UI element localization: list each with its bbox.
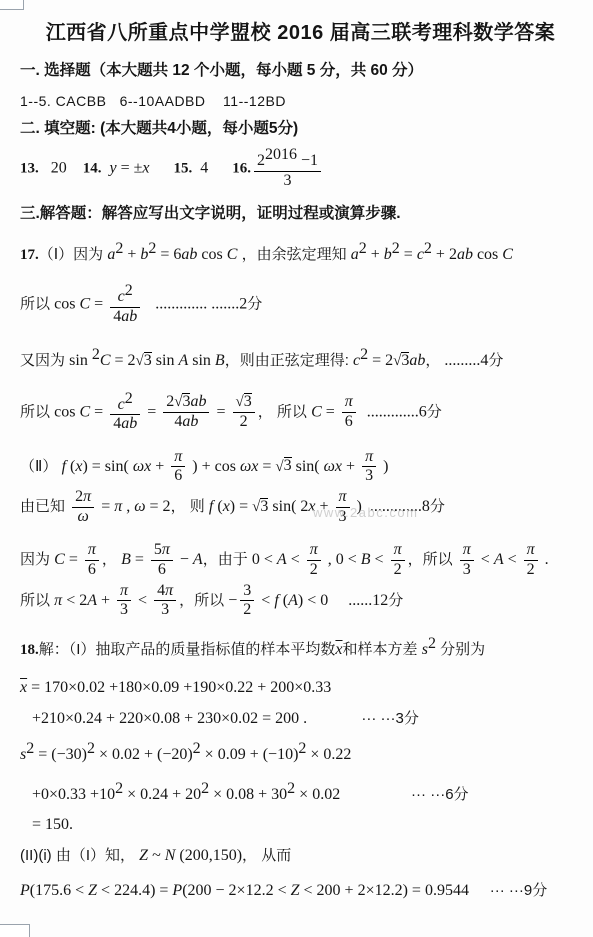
math-text: ， 则 (171, 498, 209, 515)
math-text: sin( 2 (268, 498, 308, 515)
math-text: a (351, 246, 359, 263)
math-text: 2 (193, 740, 201, 757)
math-text: x (142, 160, 149, 177)
q17-step-1: 17.（Ⅰ）因为 a2 + b2 = 6ab cos C ，由余弦定理知 a2 … (20, 241, 581, 266)
q17-step-5: （Ⅱ） f (x) = sin( ωx + π6 ) + cos ωx = √3… (20, 448, 581, 486)
math-text: ω (134, 498, 145, 515)
sqrt-radical: √3 (252, 498, 268, 515)
fraction: π6 (342, 393, 356, 431)
superscript: 2 (287, 785, 295, 796)
math-text: ~ (148, 847, 165, 864)
math-text: 18. (20, 642, 39, 658)
superscript: 2 (125, 395, 133, 406)
math-text: B (361, 551, 371, 568)
math-text: ) + cos (188, 457, 240, 474)
math-text: C (54, 551, 65, 568)
math-text: < 200 + 2×12.2) = 0.9544 (300, 882, 469, 899)
sqrt-radical: √3 (174, 393, 190, 410)
math-text: = (143, 403, 160, 420)
math-text: = 170×0.02 +180×0.09 +190×0.22 + 200×0.3… (27, 679, 331, 696)
math-text: π (174, 448, 182, 465)
q17-step-2: 所以 cos C = c24ab ............. .......2分 (20, 283, 581, 326)
math-text: 17. (20, 247, 39, 263)
math-text: 4 (192, 160, 232, 177)
fraction: c24ab (110, 283, 140, 326)
math-text: 15. (174, 161, 193, 177)
math-text: 又因为 (20, 352, 69, 369)
math-text: sin( (292, 457, 324, 474)
math-text: 3 (144, 352, 152, 369)
math-text: = (400, 246, 417, 263)
q18-step-6: = 150. (20, 815, 581, 836)
math-text: − (176, 551, 193, 568)
math-text: C (80, 296, 91, 313)
superscript: 2 (115, 785, 123, 796)
math-text: A (277, 551, 287, 568)
math-text: ab (457, 246, 473, 263)
math-text: = (97, 498, 114, 515)
math-text: < 2 (62, 592, 87, 609)
math-text: = (131, 551, 148, 568)
math-text: 2 (392, 240, 400, 257)
math-text: A (288, 592, 298, 609)
math-text: P (172, 882, 182, 899)
math-text: = 2 (146, 498, 171, 515)
document-page: 江西省八所重点中学盟校 2016 届高三联考理科数学答案 一. 选择题（本大题共… (0, 0, 593, 902)
math-text: cos (473, 246, 502, 263)
math-text (150, 160, 174, 177)
math-text: 14. (83, 161, 102, 177)
math-text: N (165, 847, 176, 864)
math-text: 0 < (252, 551, 277, 568)
math-text: < (371, 551, 388, 568)
math-text: 3 (120, 601, 128, 618)
superscript: 2 (125, 287, 133, 298)
math-text: 2016 (265, 146, 297, 163)
math-text: 所以 (20, 592, 54, 609)
math-text: 2 (75, 488, 83, 505)
superscript: 2 (193, 745, 201, 756)
math-text: 由已知 (20, 498, 69, 515)
fill-answers: 13. 20 14. y = ±x 15. 4 16.22016 −13 (20, 147, 581, 190)
math-text: < (477, 551, 494, 568)
math-text: ab (121, 415, 137, 432)
q18-step-3: +210×0.24 + 220×0.08 + 230×0.02 = 200 . … (20, 709, 581, 730)
math-text: 2 (125, 282, 133, 299)
fraction: 2√3ab4ab (163, 393, 209, 431)
math-text: 2 (92, 346, 100, 363)
math-text: Z (291, 882, 300, 899)
math-text: 解：（I）抽取产品的质量指标值的样本平均数 (39, 641, 336, 658)
math-text: π (310, 541, 318, 558)
math-text: × 0.02 + (−20) (95, 746, 193, 763)
q17-step-8: 所以 π < 2A + π3 < 4π3，所以 −32 < f (A) < 0 … (20, 582, 581, 620)
fraction: π6 (85, 541, 99, 579)
math-text: c (417, 246, 424, 263)
math-text: , 0 < (324, 551, 361, 568)
math-text: 6 (158, 561, 166, 578)
math-text: 3 (243, 582, 251, 599)
math-text: 所以 (20, 403, 54, 420)
math-text: 2 (359, 240, 367, 257)
math-text: ab (181, 246, 197, 263)
math-text: , (122, 498, 134, 515)
fraction: π2 (307, 541, 321, 579)
q18-step-8: P(175.6 < Z < 224.4) = P(200 − 2×12.2 < … (20, 881, 581, 902)
math-text: ··· ···6分 (340, 786, 468, 803)
math-text: < (134, 592, 151, 609)
math-text: 所以 (20, 296, 54, 313)
math-text: A (494, 551, 504, 568)
math-text: ωx (240, 457, 258, 474)
math-text: π (88, 541, 96, 558)
math-text: + (367, 246, 384, 263)
q17-step-3: 又因为 sin 2C = 2√3 sin A sin B，则由正弦定理得: c2… (20, 347, 581, 372)
math-text: .............6 (359, 403, 427, 420)
fraction: c24ab (110, 391, 140, 434)
math-text: 2 (115, 780, 123, 797)
math-text: π (345, 393, 353, 410)
math-text: 6 (174, 467, 182, 484)
math-text: = (−30) (34, 746, 87, 763)
fraction: π6 (171, 448, 185, 486)
math-text: ωx (324, 457, 342, 474)
math-text: ， 从而 (242, 847, 291, 864)
math-text: +0×0.33 +10 (20, 786, 115, 803)
watermark: www.2abc.com (313, 505, 418, 520)
math-text: 3 (284, 172, 292, 189)
math-text: 4 (113, 415, 121, 432)
math-text: 16. (232, 161, 251, 177)
math-text: cos (54, 403, 79, 420)
math-text: < (257, 592, 274, 609)
math-text: ··· ···9分 (469, 882, 547, 899)
math-text: ，所以 (179, 592, 228, 609)
math-text: = ± (117, 160, 143, 177)
math-text: π (165, 582, 173, 599)
superscript: 2016 (265, 151, 297, 162)
math-text: ，由于 (203, 551, 252, 568)
math-text: 2 (394, 561, 402, 578)
fraction: π2 (391, 541, 405, 579)
sqrt-radical: √3 (136, 352, 152, 369)
math-text: 因为 (20, 551, 54, 568)
math-text: 3 (161, 601, 169, 618)
math-text: = (212, 403, 229, 420)
math-text: −1 (297, 152, 318, 169)
math-text: 13. (20, 161, 39, 177)
math-text: × 0.24 + 20 (123, 786, 201, 803)
math-text: (200 − 2×12.2 < (182, 882, 290, 899)
math-text: 2 (257, 152, 265, 169)
superscript: 2 (359, 245, 367, 256)
math-text: = (90, 403, 107, 420)
math-text: （Ⅱ） (20, 457, 62, 474)
math-text: 3 (284, 457, 292, 474)
math-text: π (120, 582, 128, 599)
section-solve-header: 三.解答题：解答应写出文字说明，证明过程或演算步骤. (20, 204, 581, 224)
math-text: ............. .......2 (143, 296, 247, 313)
math-text: +210×0.24 + 220×0.08 + 230×0.02 = 200 . (20, 710, 307, 727)
math-text: y (110, 160, 117, 177)
math-text: = (65, 551, 82, 568)
fraction: π3 (460, 541, 474, 579)
math-text: Z (88, 882, 97, 899)
math-text: c (118, 288, 125, 305)
math-text: < (504, 551, 521, 568)
math-text: π (339, 488, 347, 505)
section-choice-header: 一. 选择题（本大题共 12 个小题，每小题 5 分，共 60 分） (20, 61, 581, 81)
fraction: π2 (524, 541, 538, 579)
superscript: 2 (392, 245, 400, 256)
math-text: π (83, 488, 91, 505)
superscript: 2 (87, 745, 95, 756)
math-text: ab (409, 352, 425, 369)
sqrt-radical: √3 (275, 457, 291, 474)
fraction: 4π3 (154, 582, 176, 620)
math-text: 3 (244, 393, 252, 410)
math-text: ( (66, 457, 75, 474)
overline-var: x (335, 641, 342, 658)
math-text: sin (69, 352, 92, 369)
math-text: + (97, 592, 114, 609)
math-text: 2 (201, 780, 209, 797)
superscript: 2 (360, 351, 368, 362)
superscript: 2 (92, 351, 100, 362)
math-text: ab (121, 308, 137, 325)
superscript: 2 (428, 640, 436, 651)
math-text: ab (190, 393, 206, 410)
math-text: π (527, 541, 535, 558)
math-text: B (215, 352, 225, 369)
math-text: 4 (157, 582, 165, 599)
math-text: C (502, 246, 513, 263)
math-text: A (178, 352, 188, 369)
page-title: 江西省八所重点中学盟校 2016 届高三联考理科数学答案 (20, 16, 581, 45)
sqrt-radical: √3 (393, 352, 409, 369)
math-text: 分 (488, 352, 503, 369)
math-text: 2 (310, 561, 318, 578)
math-text: C (311, 403, 322, 420)
section-fill-header: 二. 填空题: (本大题共4小题，每小题5分) (20, 119, 581, 139)
math-text: 20 (39, 160, 83, 177)
math-text: 2 (527, 561, 535, 578)
q18-step-5: +0×0.33 +102 × 0.24 + 202 × 0.08 + 302 ×… (20, 781, 581, 806)
math-text: × 0.08 + 30 (209, 786, 287, 803)
math-text: = (90, 296, 107, 313)
math-text: = (258, 457, 275, 474)
math-text: B (121, 551, 131, 568)
math-text: 5 (154, 541, 162, 558)
math-text: = 6 (156, 246, 181, 263)
math-text: 和样本方差 (343, 641, 422, 658)
math-text: ωx (133, 457, 151, 474)
superscript: 2 (201, 785, 209, 796)
math-text (102, 160, 110, 177)
math-text: sin (188, 352, 215, 369)
math-text: 2 (125, 390, 133, 407)
fraction: 32 (240, 582, 254, 620)
fraction: 22016 −13 (254, 147, 321, 190)
fraction: π3 (117, 582, 131, 620)
math-text: π (394, 541, 402, 558)
math-text: cos (197, 246, 226, 263)
scan-artifact-top-left (0, 0, 24, 10)
math-text: × 0.02 (295, 786, 340, 803)
math-text: 分 (247, 296, 262, 313)
math-text: < (287, 551, 304, 568)
sqrt-radical: √3 (236, 393, 252, 410)
math-text: ，由余弦定理知 (237, 246, 350, 263)
math-text: . (541, 551, 549, 568)
math-text: + (123, 246, 140, 263)
math-text: ，则由正弦定理得: (225, 352, 353, 369)
math-text: + (151, 457, 168, 474)
math-text: 分 (430, 498, 445, 515)
math-text: + (342, 457, 359, 474)
math-text: ， (102, 551, 121, 568)
math-text: C (80, 403, 91, 420)
math-text: π (463, 541, 471, 558)
math-text: (II)(i) 由（I）知， (20, 847, 139, 864)
math-text: (200,150) (175, 847, 242, 864)
math-text: ，所以 (408, 551, 457, 568)
math-text: ) = (230, 498, 252, 515)
math-text: 2 (424, 240, 432, 257)
math-text: 分 (427, 403, 442, 420)
q18-step-7: (II)(i) 由（I）知， Z ~ N (200,150)， 从而 (20, 846, 581, 867)
math-text: A (193, 551, 203, 568)
math-text: 2 (240, 413, 248, 430)
math-text: π (365, 448, 373, 465)
math-text: 2 (287, 780, 295, 797)
math-text: = 150. (20, 816, 73, 833)
math-text: C (100, 352, 111, 369)
scan-artifact-bottom-left (0, 924, 30, 937)
math-text: = (322, 403, 339, 420)
math-text: 6 (88, 561, 96, 578)
math-text: ab (182, 413, 198, 430)
math-text: （Ⅰ）因为 (39, 246, 108, 263)
q17-step-7: 因为 C = π6， B = 5π6 − A，由于 0 < A < π2 , 0… (20, 541, 581, 579)
fraction: 5π6 (151, 541, 173, 579)
math-text: ) < 0 ......12 (298, 592, 388, 609)
math-text: C (227, 246, 238, 263)
fraction: π3 (362, 448, 376, 486)
q18-step-2: x = 170×0.02 +180×0.09 +190×0.22 + 200×0… (20, 678, 581, 699)
math-text: c (118, 396, 125, 413)
math-text: 2 (360, 346, 368, 363)
q18-step-1: 18.解：（I）抽取产品的质量指标值的样本平均数x和样本方差 s2 分别为 (20, 636, 581, 661)
math-text: sin (152, 352, 179, 369)
math-text: x (335, 641, 342, 658)
choice-answers: 1--5. CACBB 6--10AADBD 11--12BD (20, 92, 581, 110)
math-text: ， (425, 352, 440, 369)
math-text: Z (139, 847, 148, 864)
q18-step-4: s2 = (−30)2 × 0.02 + (−20)2 × 0.09 + (−1… (20, 741, 581, 766)
math-text: + 2 (432, 246, 457, 263)
math-text: cos (54, 296, 79, 313)
math-text: × 0.22 (306, 746, 351, 763)
math-text: P (20, 882, 30, 899)
math-text: π (162, 541, 170, 558)
math-text: b (384, 246, 392, 263)
math-text: 分 (388, 592, 403, 609)
fraction: 2πω (72, 488, 94, 526)
q17-step-6: 由已知 2πω = π , ω = 2， 则 f (x) = √3 sin( 2… (20, 488, 581, 526)
math-text: 4 (113, 308, 121, 325)
math-text: .........4 (440, 352, 488, 369)
math-text: = 2 (111, 352, 136, 369)
math-text: ， 所以 (258, 403, 311, 420)
math-text: 2 (428, 635, 436, 652)
math-text: π (54, 592, 62, 609)
q17-step-4: 所以 cos C = c24ab = 2√3ab4ab = √32， 所以 C … (20, 391, 581, 434)
math-text: 2 (243, 601, 251, 618)
math-text: 3 (463, 561, 471, 578)
math-text: ( (213, 498, 222, 515)
math-text: 分别为 (436, 641, 485, 658)
fraction: √32 (233, 393, 255, 431)
math-text: 6 (345, 413, 353, 430)
math-text: − (228, 592, 237, 609)
math-text: 2 (87, 740, 95, 757)
math-text: < 224.4) = (97, 882, 172, 899)
math-text: ) = sin( (82, 457, 132, 474)
math-text: ( (279, 592, 288, 609)
math-text: × 0.09 + (−10) (201, 746, 299, 763)
math-text: x (223, 498, 230, 515)
superscript: 2 (424, 245, 432, 256)
math-text: ω (78, 508, 89, 525)
math-text: ) (379, 457, 388, 474)
math-text: 3 (365, 467, 373, 484)
math-text: ··· ···3分 (307, 710, 419, 727)
math-text: = 2 (368, 352, 393, 369)
math-text: (175.6 < (30, 882, 88, 899)
math-text: A (87, 592, 97, 609)
